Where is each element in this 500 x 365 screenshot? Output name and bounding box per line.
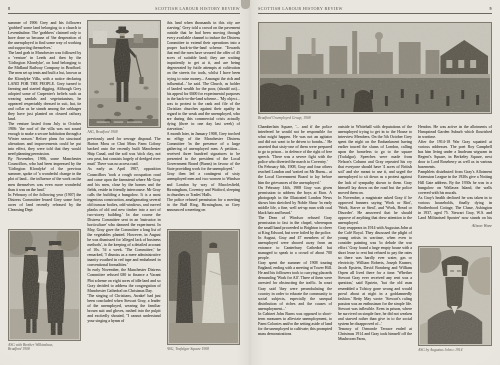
running-head-left: 8 SCOTTISH LABOUR HISTORY REVIEW [8,6,240,14]
photo-frame [258,22,492,114]
photo-frame [167,229,240,345]
photo-frame [418,246,492,346]
figure-portrait: ASG by Augustus John c.1914 [418,246,492,352]
left-columns: summer of 1906 Grey and his followers 'g… [8,20,240,358]
left-col-3: this land when thousands in this city ar… [167,20,240,358]
page-number-left: 8 [8,6,10,11]
photo-asg-digging [89,22,158,126]
binding-mark [241,0,250,9]
left-col2-text: previously used for sewage disposal. The… [87,136,160,358]
caption-crowd: Bradford Unemployed Group, 1908 [258,116,492,120]
running-head-right: SCOTTISH LABOUR HISTORY REVIEW 9 [258,6,492,14]
caption-portrait: ASG by Augustus John c.1914 [418,348,492,352]
right-col2-text: outside in Whitehall with deputations of… [338,124,412,362]
right-col-2: outside in Whitehall with deputations of… [338,124,412,362]
photo-asg-portrait [420,248,490,344]
journal-title-right: SCOTTISH LABOUR HISTORY REVIEW [258,6,343,11]
figure-digging: ASG, Bradford 1908 [87,20,160,134]
left-col-2: ASG, Bradford 1908 previously used for s… [87,20,160,358]
left-col-1: summer of 1906 Grey and his followers 'g… [8,20,81,358]
journal-title-left: SCOTTISH LABOUR HISTORY REVIEW [155,6,240,11]
caption-digging: ASG, Bradford 1908 [87,130,160,134]
page-right: SCOTTISH LABOUR HISTORY REVIEW 9 [258,0,492,365]
left-col1-text: summer of 1906 Grey and his followers 'g… [8,20,81,227]
caption-two-men: ASG with Brother Wilkinshaw, Bradford 19… [8,343,81,352]
photo-asg-with-brother [10,231,79,339]
author-byline: Alison Ware [418,223,492,228]
right-col-3: Hendon. He was active in the allotments … [418,124,492,362]
figure-two-men: ASG with Brother Wilkinshaw, Bradford 19… [8,229,81,352]
photo-unemployed-group [260,24,490,112]
photo-frame [8,229,81,341]
right-col3-text: Hendon. He was active in the allotments … [418,124,492,220]
page-left: 8 SCOTTISH LABOUR HISTORY REVIEW summer … [8,0,240,365]
figure-trafalgar: ASG, Trafalgar Square 1908 [167,229,240,351]
caption-trafalgar: ASG, Trafalgar Square 1908 [167,347,240,351]
photo-asg-trafalgar [169,231,238,343]
right-columns: Chamberlain Square, '... and if the poli… [258,124,492,362]
figure-crowd-panorama: Bradford Unemployed Group, 1908 [258,22,492,120]
page-number-right: 9 [490,6,492,11]
left-col3-text: this land when thousands in this city ar… [167,20,240,227]
right-col1-text: Chamberlain Square, '... and if the poli… [258,124,332,362]
journal-spread: 8 SCOTTISH LABOUR HISTORY REVIEW summer … [0,0,500,365]
right-col-1: Chamberlain Square, '... and if the poli… [258,124,332,362]
photo-frame [87,20,160,128]
